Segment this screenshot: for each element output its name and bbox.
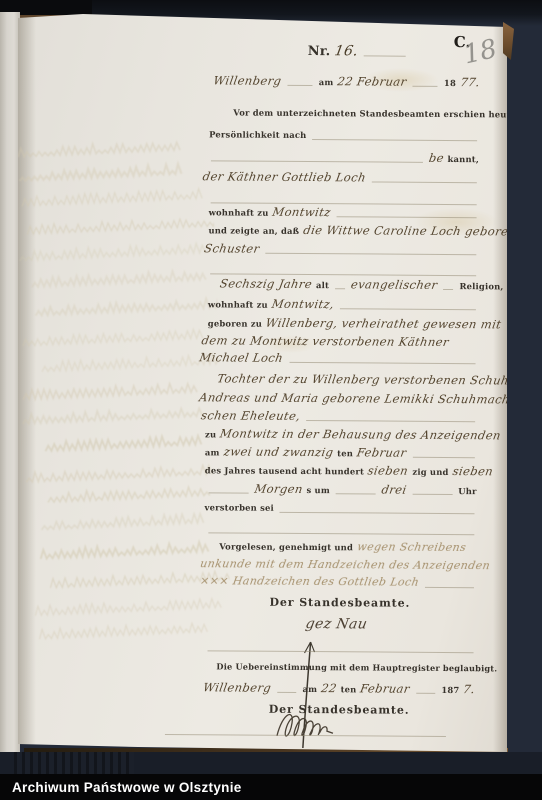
form-line: amzwei und zwanzigtenFebruar — [205, 444, 477, 460]
handwritten-text: ××× Handzeichen des Gottlieb Loch — [199, 574, 420, 590]
form-line: Nr.16. — [308, 44, 408, 59]
archive-watermark-text: Archiwum Państwowe w Olsztynie — [12, 780, 242, 795]
handwritten-text: unkunde mit dem Handzeichen des Anzeigen… — [199, 557, 491, 573]
form-line — [163, 723, 448, 739]
form-line: dem zu Montwitz verstorbenen Käthner — [202, 333, 449, 349]
form-line: zuMontwitz in der Behausung des Anzeigen… — [205, 426, 501, 442]
form-line: Der Standesbeamte. — [204, 595, 476, 611]
printed-text: s um — [306, 483, 329, 497]
printed-text: Vor dem unterzeichneten Standesbeamten e… — [233, 106, 538, 122]
ruled-line — [340, 306, 476, 310]
handwritten-text: Tochter der zu Willenberg verstorbenen S… — [216, 371, 542, 387]
printed-text: am — [319, 75, 334, 89]
archive-watermark-bar: Archiwum Państwowe w Olsztynie — [0, 774, 542, 800]
printed-text: alt — [316, 278, 329, 292]
form-line: gez Nau — [306, 617, 368, 631]
printed-text: Nr. — [308, 45, 331, 59]
printed-text: am — [205, 445, 220, 459]
handwritten-text: Montwitz — [271, 205, 331, 219]
ruled-line — [413, 492, 453, 495]
handwritten-text: Februar — [359, 681, 411, 695]
printed-text: 18 — [444, 76, 456, 90]
ruled-line — [211, 158, 423, 162]
printed-text: am — [302, 682, 317, 696]
handwritten-text: Michael Loch — [198, 350, 284, 365]
ruled-line — [277, 690, 296, 693]
printed-text: verstorben sei — [204, 500, 274, 514]
handwritten-text: Schuster — [203, 241, 260, 255]
handwritten-text: 22 — [320, 681, 338, 695]
form-line: schen Eheleute, — [201, 408, 477, 424]
form-line: des Jahres tausend acht hundertsiebenzig… — [205, 462, 493, 478]
ruled-line — [336, 491, 376, 494]
handwritten-text: Sechszig Jahre — [219, 276, 313, 291]
ruled-line — [413, 455, 475, 458]
handwritten-text: wegen Schreibens — [356, 540, 467, 555]
handwritten-text: Montwitz, — [271, 297, 336, 311]
ruled-line — [425, 585, 474, 588]
ruled-line — [208, 530, 474, 535]
ruled-line — [209, 490, 249, 493]
ruled-line — [312, 137, 477, 141]
ruled-line — [416, 691, 435, 694]
ruled-line — [364, 53, 406, 56]
form-line: Tochter der zu Willenberg verstorbenen S… — [217, 371, 542, 387]
form-line: Vorgelesen, genehmigt undwegen Schreiben… — [219, 539, 466, 555]
ruled-line — [208, 648, 474, 653]
form-line: ××× Handzeichen des Gottlieb Loch — [200, 574, 476, 590]
form-line: Willenbergam22tenFebruar1877. — [203, 680, 475, 696]
handwritten-text: Montwitz in der Behausung des Anzeigende… — [219, 426, 502, 442]
form-line: wohnhaft zuMontwitz — [209, 204, 479, 220]
printed-text: Der Standesbeamte. — [269, 703, 410, 718]
handwritten-text: Willenberg — [212, 73, 282, 87]
form-line: Persönlichkeit nach — [209, 127, 479, 143]
handwritten-text: der Käthner Gottlieb Loch — [202, 169, 367, 184]
corner-number-pencil: 18 — [461, 34, 500, 70]
ruled-line — [287, 83, 312, 86]
form-line: Morgens umdreiUhr — [207, 481, 477, 497]
printed-text: Die Uebereinstimmung mit dem Hauptregist… — [216, 659, 497, 675]
ruled-line — [165, 732, 446, 737]
form-line: Willenbergam22 Februar1877. — [213, 73, 479, 89]
handwritten-text: 7. — [462, 682, 476, 696]
handwritten-text: 77. — [459, 75, 481, 89]
printed-text: wohnhaft zu — [209, 205, 269, 219]
handwritten-text: schen Eheleute, — [200, 408, 302, 423]
handwritten-text: Morgen — [253, 482, 303, 496]
form-line: Die Uebereinstimmung mit dem Hauptregist… — [216, 659, 497, 675]
printed-text: Uhr — [458, 484, 477, 498]
handwritten-text: die Wittwe Caroline Loch geborene — [302, 223, 524, 239]
handwritten-text: Februar — [356, 445, 408, 459]
form-line: Sechszig JahrealtevangelischerReligion, — [220, 276, 478, 292]
ruled-line — [210, 271, 476, 276]
form-line: Der Standesbeamte. — [203, 702, 475, 718]
printed-text: geboren zu — [208, 316, 262, 330]
printed-text: zig und — [412, 465, 448, 479]
ruled-line — [372, 179, 477, 183]
handwritten-text: Andreas und Maria geborene Lemikki Schuh… — [198, 390, 524, 406]
ruled-line — [337, 214, 477, 218]
printed-text: Religion, — [459, 279, 503, 293]
form-line: Vor dem unterzeichneten Standesbeamten e… — [233, 106, 538, 122]
ruled-line — [265, 251, 476, 255]
handwritten-text: dem zu Montwitz verstorbenen Käthner — [201, 333, 451, 349]
form-line: wohnhaft zuMontwitz, — [208, 296, 478, 312]
form-line — [206, 639, 476, 655]
handwritten-text: evangelischer — [350, 277, 439, 292]
printed-text: und zeigte an, daß — [208, 223, 299, 238]
handwritten-text: 16. — [333, 44, 359, 58]
form-line: und zeigte an, daßdie Wittwe Caroline Lo… — [208, 222, 523, 238]
fore-edge-worn-corner — [503, 22, 514, 60]
handwritten-text: drei — [380, 483, 407, 497]
ruled-line — [280, 510, 475, 514]
adjacent-page-edge — [0, 12, 20, 758]
form-line: der Käthner Gottlieb Loch — [203, 169, 479, 185]
ruled-line — [335, 286, 345, 289]
form-line: verstorben sei — [204, 500, 476, 516]
printed-text: wohnhaft zu — [208, 297, 268, 311]
form-line: Michael Loch — [200, 350, 478, 366]
ruled-line — [413, 84, 438, 87]
handwritten-text: Willenberg — [202, 680, 272, 694]
ruled-line — [289, 360, 476, 364]
form-line: bekannt, — [209, 149, 479, 165]
form-line: Andreas und Maria geborene Lemikki Schuh… — [199, 390, 523, 406]
form-line: Schuster — [204, 241, 478, 257]
printed-text: kannt, — [448, 152, 480, 166]
form-line — [206, 521, 476, 537]
printed-text: ten — [337, 446, 353, 460]
printed-text: Der Standesbeamte. — [269, 596, 410, 611]
handwritten-text: 22 Februar — [336, 74, 407, 88]
handwritten-text: gez Nau — [305, 617, 369, 631]
handwritten-text: zwei und zwanzig — [222, 444, 334, 459]
printed-text: 187 — [441, 683, 459, 697]
handwritten-text: Willenberg, verheirathet gewesen mit — [265, 316, 503, 332]
registry-page: C. 18 Nr.16.Willenbergam22 Februar1877.V… — [18, 10, 507, 756]
handwritten-text: be — [427, 151, 444, 165]
handwritten-text: sieben — [367, 463, 410, 477]
printed-text: Persönlichkeit nach — [209, 127, 306, 142]
printed-text: zu — [205, 427, 216, 441]
printed-text: Vorgelesen, genehmigt und — [219, 539, 353, 554]
ruled-line — [443, 287, 453, 290]
ruled-line — [306, 418, 475, 422]
stacked-pages-texture — [14, 752, 134, 774]
form-line: unkunde mit dem Handzeichen des Anzeigen… — [200, 557, 490, 573]
handwritten-text: sieben — [451, 464, 494, 478]
printed-text: ten — [341, 682, 357, 696]
page-content: C. 18 Nr.16.Willenbergam22 Februar1877.V… — [13, 10, 507, 759]
printed-text: des Jahres tausend acht hundert — [205, 463, 364, 478]
form-line: geboren zuWillenberg, verheirathet gewes… — [208, 315, 502, 331]
